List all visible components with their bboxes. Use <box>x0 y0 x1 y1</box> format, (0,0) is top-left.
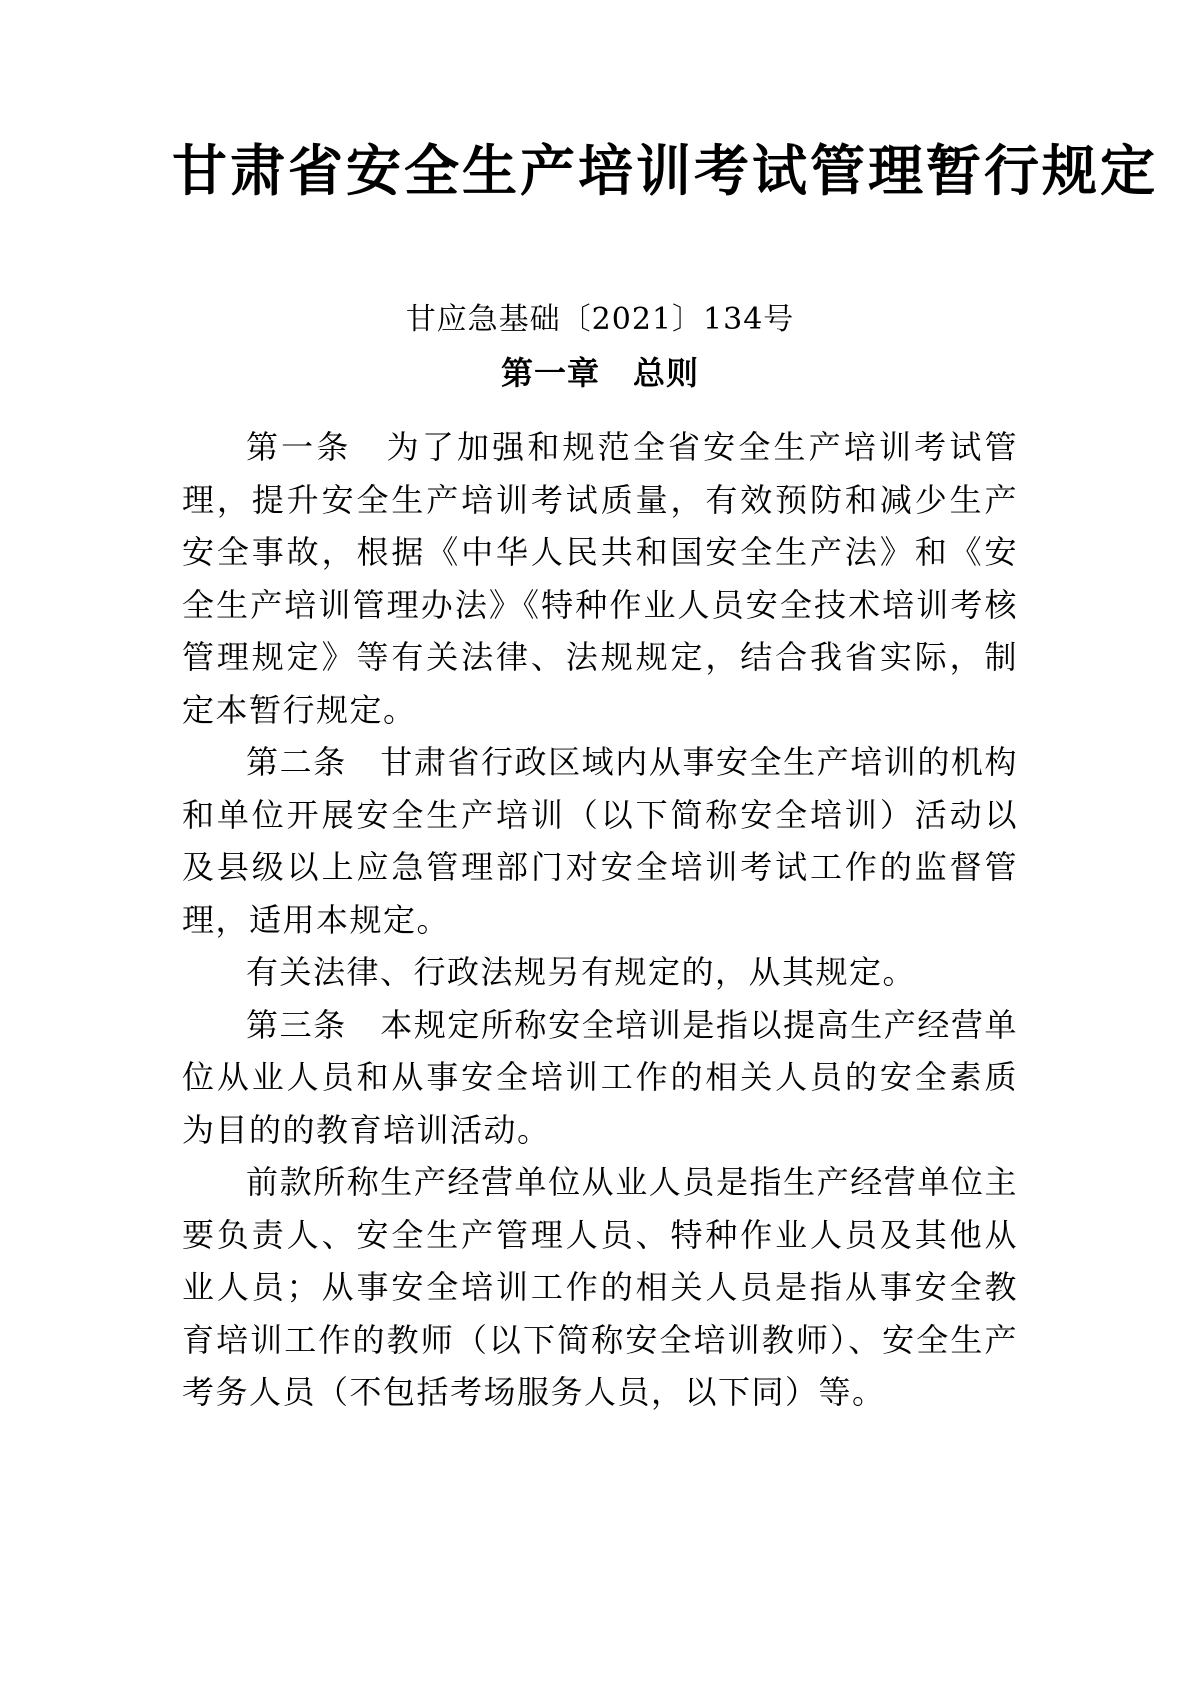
paragraph-article-1: 第一条 为了加强和规范全省安全生产培训考试管理，提升安全生产培训考试质量，有效预… <box>182 421 1018 736</box>
document-title: 甘肃省安全生产培训考试管理暂行规定 <box>172 143 1028 201</box>
document-body: 第一条 为了加强和规范全省安全生产培训考试管理，提升安全生产培训考试质量，有效预… <box>182 421 1018 1419</box>
paragraph-article-3: 第三条 本规定所称安全培训是指以提高生产经营单位从业人员和从事安全培训工作的相关… <box>182 999 1018 1157</box>
document-page: 甘肃省安全生产培训考试管理暂行规定 甘应急基础〔2021〕134号 第一章 总则… <box>0 0 1190 1683</box>
document-number: 甘应急基础〔2021〕134号 <box>182 303 1018 338</box>
paragraph-article-2-supplement: 有关法律、行政法规另有规定的，从其规定。 <box>182 946 1018 999</box>
paragraph-article-2: 第二条 甘肃省行政区域内从事安全生产培训的机构和单位开展安全生产培训（以下简称安… <box>182 736 1018 946</box>
chapter-heading: 第一章 总则 <box>182 353 1018 395</box>
paragraph-article-3-supplement: 前款所称生产经营单位从业人员是指生产经营单位主要负责人、安全生产管理人员、特种作… <box>182 1156 1018 1419</box>
